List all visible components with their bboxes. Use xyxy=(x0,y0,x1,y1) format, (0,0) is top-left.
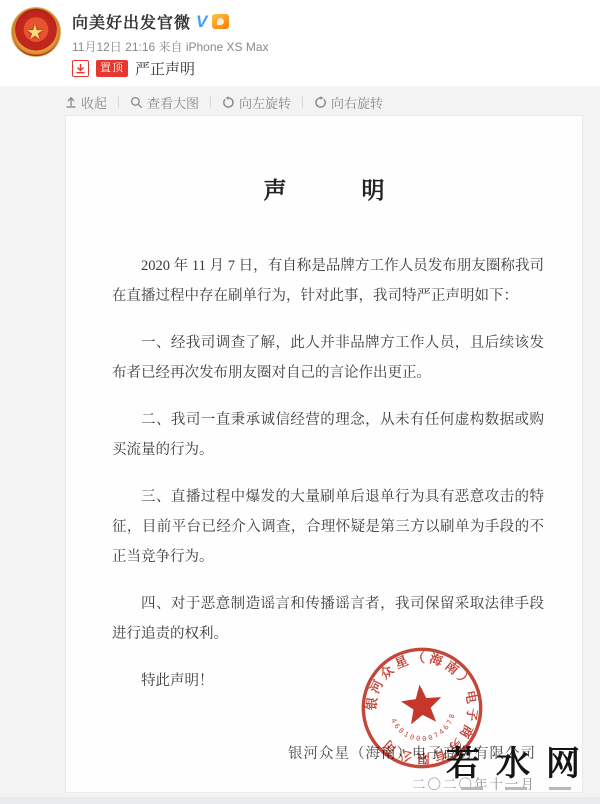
toolbar-separator xyxy=(302,96,303,108)
post-header: ★ 向美好出发官微 V 11月12日 21:16 来自 iPhone XS Ma… xyxy=(0,0,600,86)
watermark-text: 若水网 xyxy=(436,736,596,785)
pinned-badge: 置顶 xyxy=(96,60,128,77)
post-text: 严正声明 xyxy=(135,58,195,79)
toolbar-separator xyxy=(210,96,211,108)
statement-title: 声 明 xyxy=(66,172,582,205)
avatar-star-icon: ★ xyxy=(26,20,44,45)
membership-badge-icon xyxy=(212,14,229,29)
statement-paragraph: 一、经我司调查了解，此人并非品牌方工作人员，且后续该发布者已经再次发布朋友圈对自… xyxy=(112,328,544,388)
footer-strip xyxy=(0,797,600,804)
view-large-button[interactable]: 查看大图 xyxy=(130,93,199,112)
pin-icon xyxy=(72,60,89,77)
toolbar-separator xyxy=(118,96,119,108)
collapse-button[interactable]: 收起 xyxy=(65,93,107,112)
collapse-icon xyxy=(65,96,77,108)
verified-v-icon: V xyxy=(196,12,207,32)
media-area: 收起 查看大图 向左旋转 向右旋转 xyxy=(0,86,600,804)
rotate-right-button[interactable]: 向右旋转 xyxy=(314,93,383,112)
statement-image[interactable]: 声 明 2020 年 11 月 7 日，有自称是品牌方工作人员发布朋友圈称我司在… xyxy=(66,116,582,792)
post-meta: 11月12日 21:16 来自 iPhone XS Max xyxy=(72,38,269,55)
image-toolbar: 收起 查看大图 向左旋转 向右旋转 xyxy=(65,90,383,114)
seal-star-icon xyxy=(399,683,443,726)
rotate-left-button[interactable]: 向左旋转 xyxy=(222,93,291,112)
magnifier-icon xyxy=(130,96,143,109)
statement-paragraph: 2020 年 11 月 7 日，有自称是品牌方工作人员发布朋友圈称我司在直播过程… xyxy=(112,251,544,311)
rotate-right-icon xyxy=(314,96,327,109)
username-link[interactable]: 向美好出发官微 xyxy=(72,10,191,33)
watermark: 若水网 xyxy=(436,736,596,790)
avatar[interactable]: ★ xyxy=(11,7,61,57)
statement-paragraph: 三、直播过程中爆发的大量刷单后退单行为具有恶意攻击的特征，目前平台已经介入调查，… xyxy=(112,482,544,572)
statement-body: 2020 年 11 月 7 日，有自称是品牌方工作人员发布朋友圈称我司在直播过程… xyxy=(66,251,582,696)
weibo-post-page: ★ 向美好出发官微 V 11月12日 21:16 来自 iPhone XS Ma… xyxy=(0,0,600,804)
rotate-left-icon xyxy=(222,96,235,109)
statement-paragraph: 二、我司一直秉承诚信经营的理念，从未有任何虚构数据或购买流量的行为。 xyxy=(112,405,544,465)
watermark-subtext xyxy=(436,787,596,790)
